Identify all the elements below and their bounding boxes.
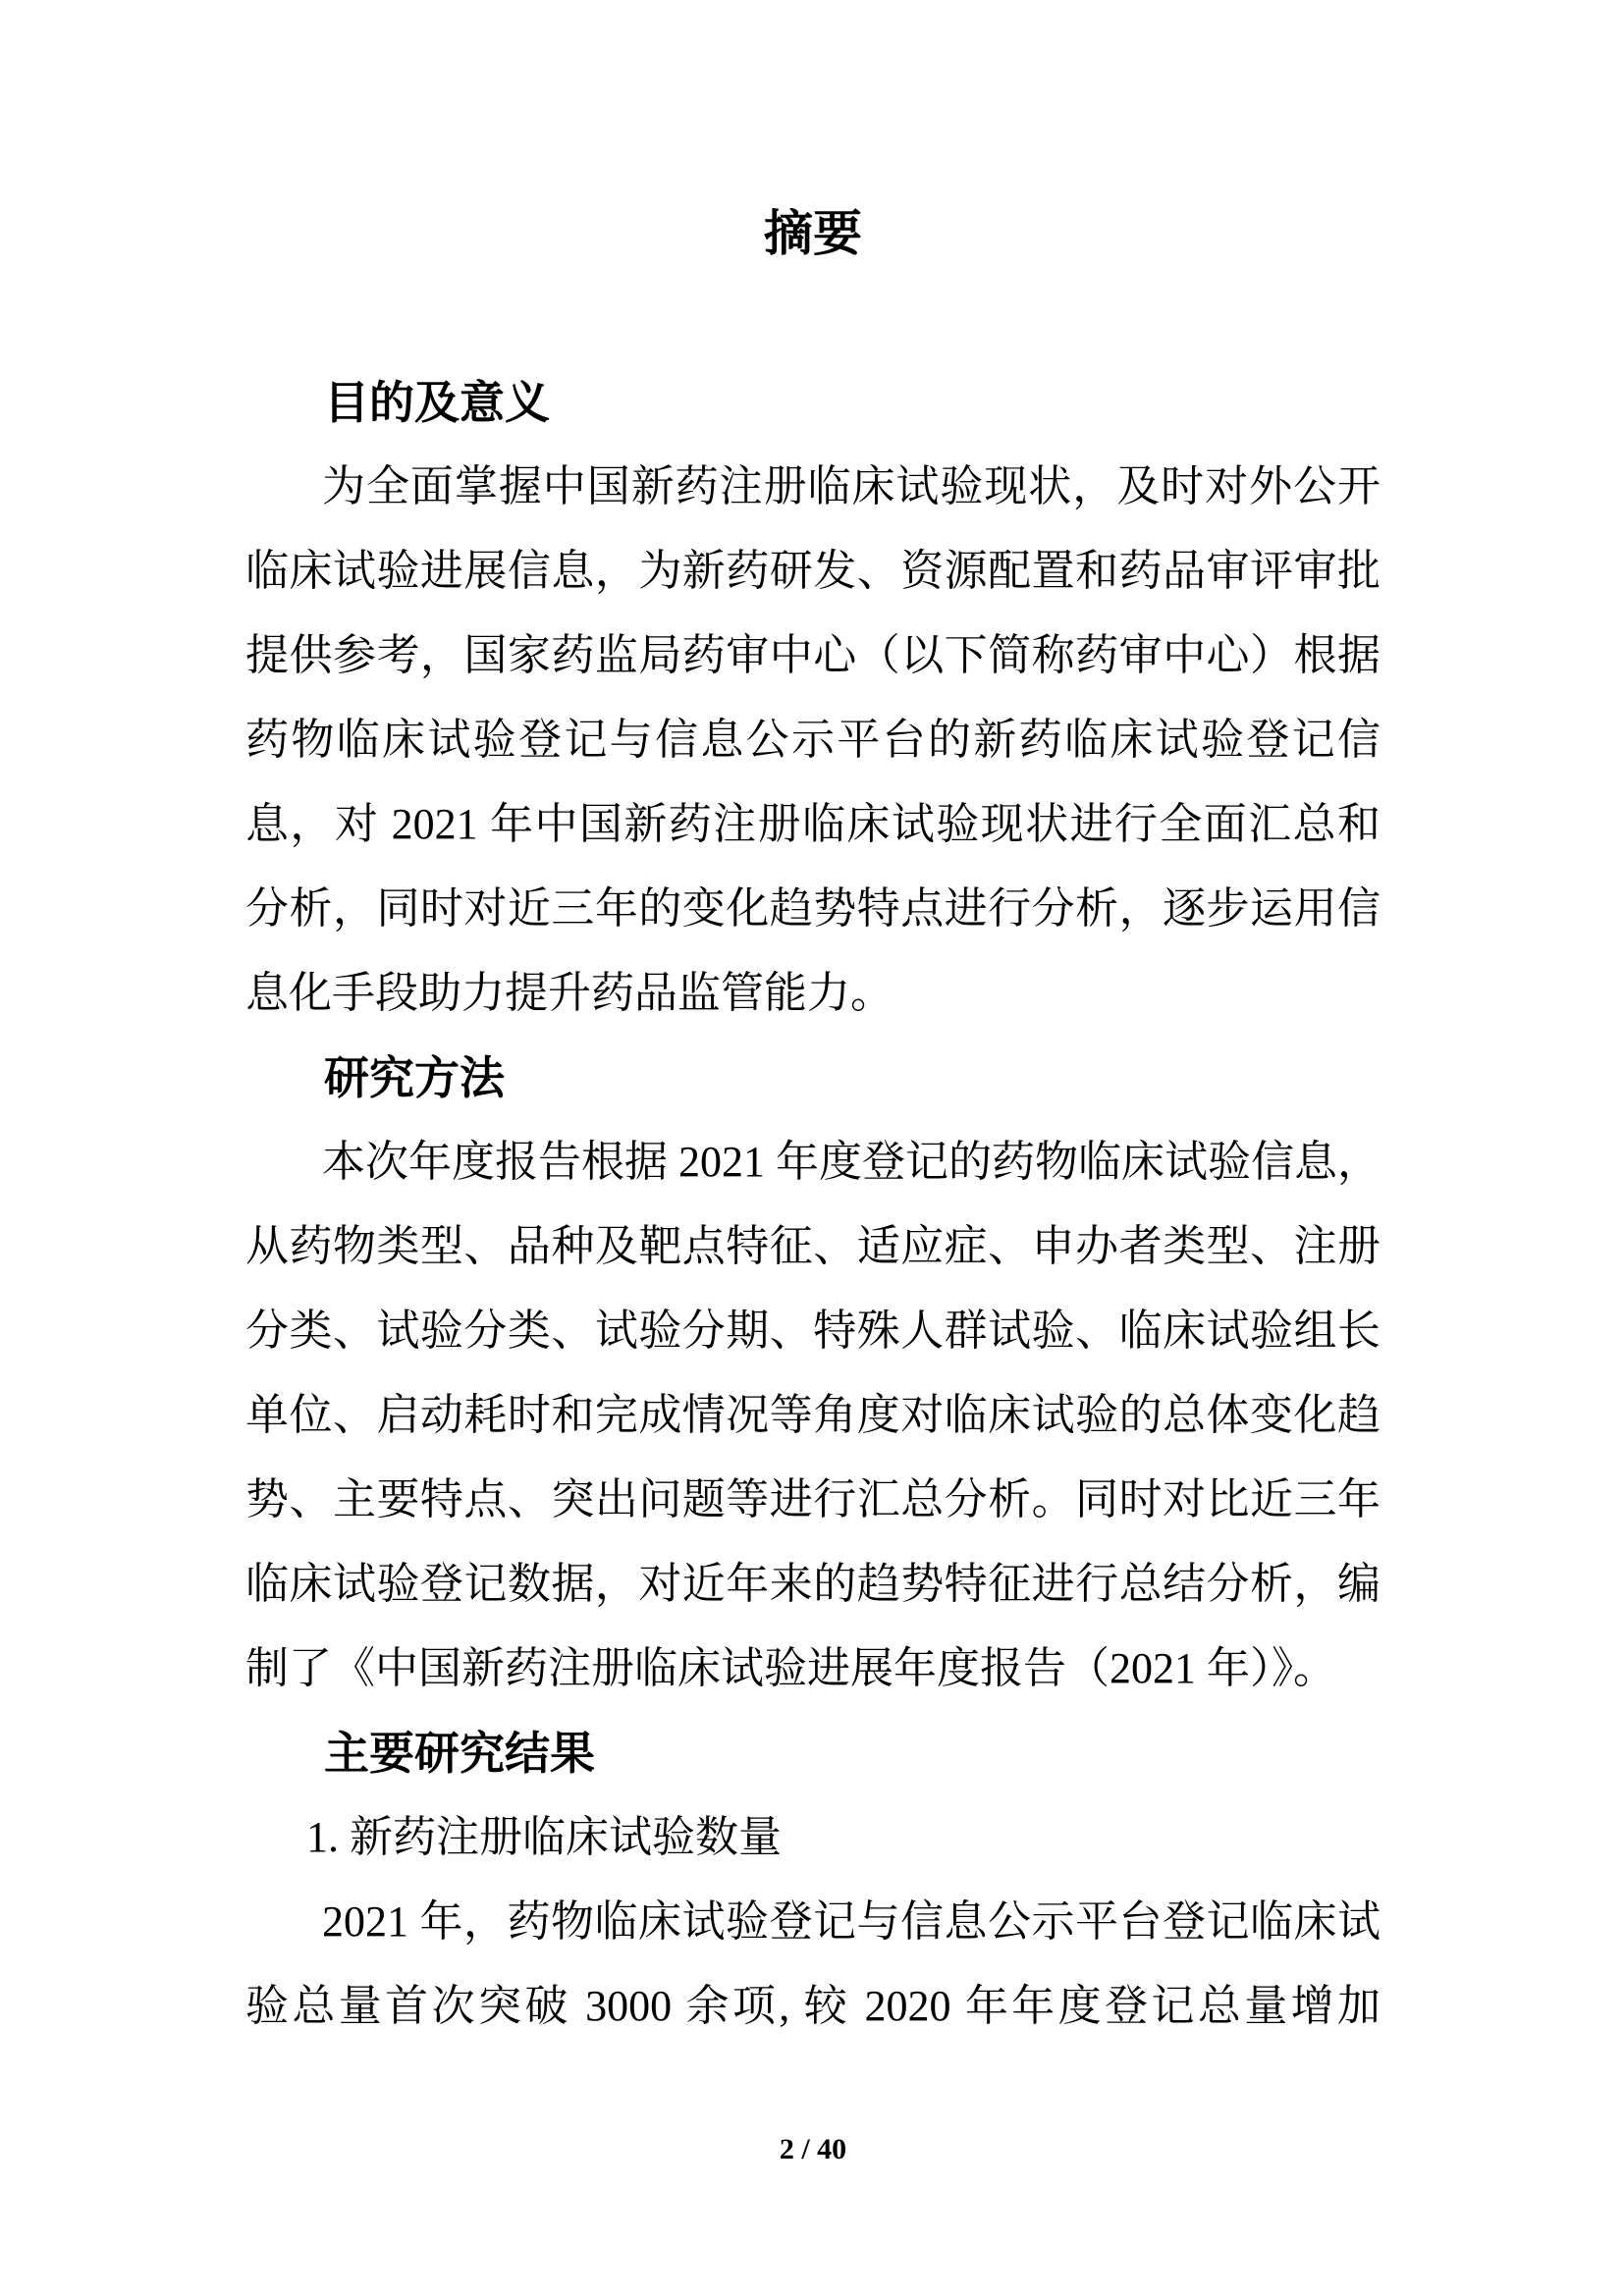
spacer-row	[245, 276, 1380, 360]
text-line: 分类、试验分类、试验分期、特殊人群试验、临床试验组长	[245, 1289, 1380, 1373]
numbered-heading: 1. 新药注册临床试验数量	[245, 1795, 1380, 1880]
section-heading: 目的及意义	[245, 360, 1380, 445]
text-line: 临床试验登记数据，对近年来的趋势特征进行总结分析，编	[245, 1542, 1380, 1627]
text-line: 分析，同时对近三年的变化趋势特点进行分析，逐步运用信	[245, 867, 1380, 951]
text-line: 制了《中国新药注册临床试验进展年度报告（2021 年）》。	[245, 1627, 1380, 1711]
document-title: 摘要	[245, 191, 1380, 276]
text-line: 本次年度报告根据 2021 年度登记的药物临床试验信息，	[245, 1120, 1380, 1204]
page-number: 2 / 40	[780, 2133, 846, 2165]
text-line: 临床试验进展信息，为新药研发、资源配置和药品审评审批	[245, 529, 1380, 614]
text-line: 息，对 2021 年中国新药注册临床试验现状进行全面汇总和	[245, 782, 1380, 867]
text-line: 提供参考，国家药监局药审中心（以下简称药审中心）根据	[245, 614, 1380, 698]
section-heading: 研究方法	[245, 1036, 1380, 1120]
text-line: 从药物类型、品种及靶点特征、适应症、申办者类型、注册	[245, 1204, 1380, 1289]
text-line: 2021 年，药物临床试验登记与信息公示平台登记临床试	[245, 1880, 1380, 1964]
text-line: 息化手段助力提升药品监管能力。	[245, 951, 1380, 1036]
section-heading: 主要研究结果	[245, 1711, 1380, 1795]
text-line: 药物临床试验登记与信息公示平台的新药临床试验登记信	[245, 698, 1380, 782]
text-line: 验总量首次突破 3000 余项, 较 2020 年年度登记总量增加	[245, 1964, 1380, 2049]
text-line: 势、主要特点、突出问题等进行汇总分析。同时对比近三年	[245, 1458, 1380, 1542]
document-page: 摘要目的及意义为全面掌握中国新药注册临床试验现状，及时对外公开临床试验进展信息，…	[0, 0, 1624, 2296]
document-body: 摘要目的及意义为全面掌握中国新药注册临床试验现状，及时对外公开临床试验进展信息，…	[245, 191, 1380, 2049]
text-line: 单位、启动耗时和完成情况等角度对临床试验的总体变化趋	[245, 1373, 1380, 1458]
page-footer: 2 / 40	[245, 2130, 1380, 2169]
text-line: 为全面掌握中国新药注册临床试验现状，及时对外公开	[245, 445, 1380, 529]
